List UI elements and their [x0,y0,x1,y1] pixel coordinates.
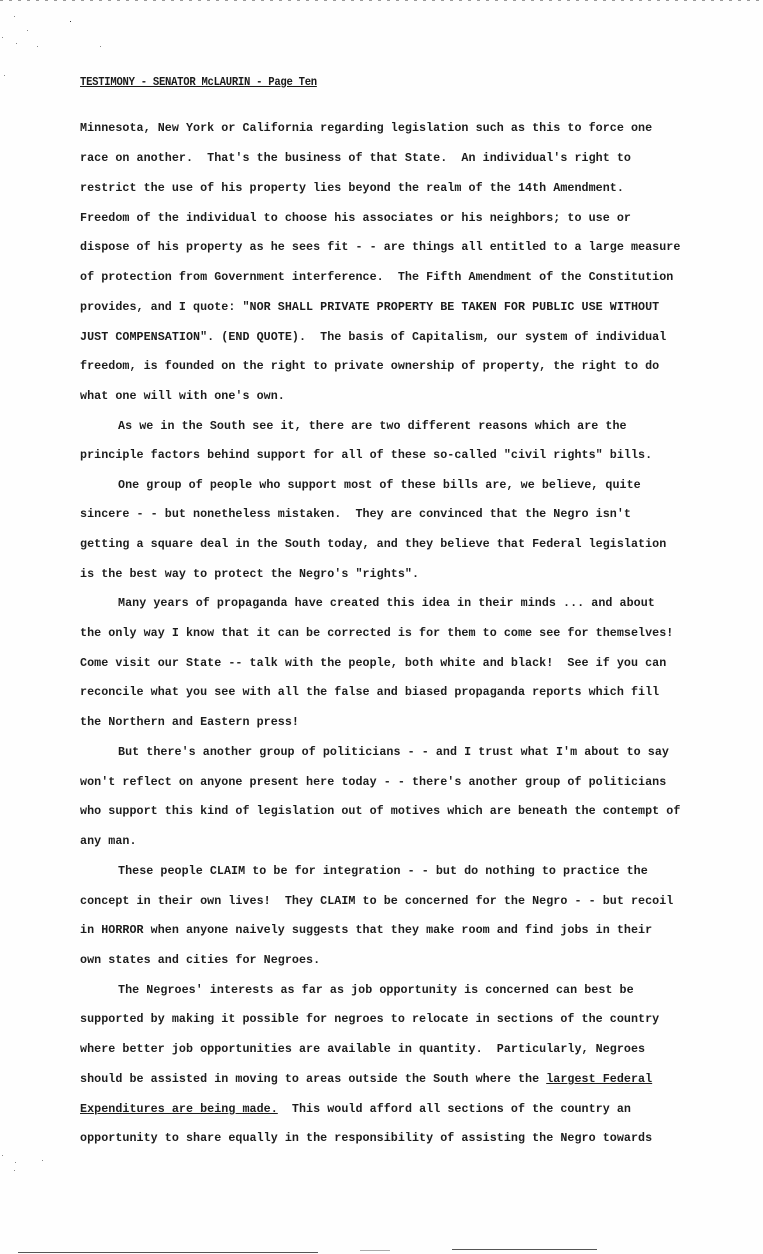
text-line: The Negroes' interests as far as job opp… [118,983,634,997]
scan-speck [16,43,17,44]
text-line: opportunity to share equally in the resp… [80,1131,652,1145]
text-line: what one will with one's own. [80,389,285,403]
text-line: where better job opportunities are avail… [80,1042,645,1056]
bottom-scan-edge [452,1249,597,1250]
text-line: is the best way to protect the Negro's "… [80,567,419,581]
page-top-edge [0,0,763,1]
bottom-scan-edge [360,1250,390,1251]
scan-speck [14,1170,15,1171]
text-line: Freedom of the individual to choose his … [80,211,631,225]
text-line: restrict the use of his property lies be… [80,181,624,195]
text-line: sincere - - but nonetheless mistaken. Th… [80,507,631,521]
scan-speck [2,37,3,38]
text-line: dispose of his property as he sees fit -… [80,240,680,254]
text-line: But there's another group of politicians… [118,745,669,759]
text-line: the Northern and Eastern press! [80,715,299,729]
scan-speck [2,1155,3,1156]
text-line: Come visit our State -- talk with the pe… [80,656,666,670]
text-line: freedom, is founded on the right to priv… [80,359,659,373]
text-line: getting a square deal in the South today… [80,537,666,551]
text-line: in HORROR when anyone naively suggests t… [80,923,652,937]
text-line: One group of people who support most of … [118,478,641,492]
text-line: JUST COMPENSATION". (END QUOTE). The bas… [80,330,666,344]
text-line: reconcile what you see with all the fals… [80,685,659,699]
text-line: should be assisted in moving to areas ou… [80,1072,652,1086]
scan-speck [15,1162,16,1163]
text-line: Many years of propaganda have created th… [118,596,655,610]
text-line: principle factors behind support for all… [80,448,652,462]
text-line: provides, and I quote: "NOR SHALL PRIVAT… [80,300,659,314]
bottom-scan-edge [18,1252,318,1253]
scan-speck [42,1160,43,1161]
underlined-phrase: Expenditures are being made. [80,1102,278,1116]
scan-speck [100,46,101,47]
text-line: Minnesota, New York or California regard… [80,121,652,135]
text-line: of protection from Government interferen… [80,270,673,284]
text-line: concept in their own lives! They CLAIM t… [80,894,673,908]
scan-speck [37,46,38,47]
text-line: won't reflect on anyone present here tod… [80,775,666,789]
text-line: As we in the South see it, there are two… [118,419,627,433]
text-line: Expenditures are being made. This would … [80,1102,631,1116]
page-header: TESTIMONY - SENATOR McLAURIN - Page Ten [80,76,317,89]
text-line: own states and cities for Negroes. [80,953,320,967]
text-line: race on another. That's the business of … [80,151,631,165]
text-line: any man. [80,834,137,848]
scan-speck [27,30,28,31]
text-line: supported by making it possible for negr… [80,1012,659,1026]
scan-speck [70,21,71,22]
text-line: the only way I know that it can be corre… [80,626,673,640]
document-page: TESTIMONY - SENATOR McLAURIN - Page Ten … [0,0,763,1254]
scan-speck [4,75,5,76]
scan-speck [14,16,15,17]
text-line: These people CLAIM to be for integration… [118,864,648,878]
underlined-phrase: largest Federal [546,1072,652,1086]
text-line: who support this kind of legislation out… [80,804,680,818]
